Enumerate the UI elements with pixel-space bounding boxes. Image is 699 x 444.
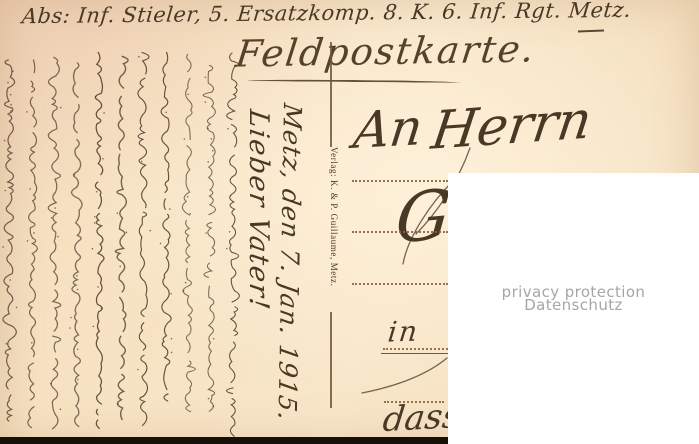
address-dotted-line-3 — [352, 283, 448, 285]
privacy-overlay-text: privacy protection Datenschutz — [448, 286, 699, 312]
postcard-scan: Abs: Inf. Stieler, 5. Ersatzkomp. 8. K. … — [0, 0, 699, 444]
address-in: in — [386, 314, 420, 348]
address-an: An — [350, 98, 425, 160]
date-line: Metz, den 7. Jan. 1915. — [272, 101, 307, 444]
publisher-imprint: Verlag: K. & P. Guillaume, Metz. — [327, 147, 339, 317]
postcard-title: Feldpostkarte. — [233, 27, 538, 75]
address-solid-line — [381, 353, 448, 354]
address-dotted-line-2 — [352, 231, 448, 233]
divider-line-top — [330, 42, 332, 147]
scan-edge-bar — [0, 437, 449, 444]
address-herrn: Herrn — [428, 90, 595, 162]
recipient-initial: G — [393, 175, 454, 260]
salutation: Lieber Vater! — [243, 108, 274, 342]
address-dotted-line-4 — [383, 348, 448, 350]
address-dotted-line-1 — [352, 180, 448, 182]
privacy-overlay-box: privacy protection Datenschutz — [448, 173, 699, 444]
privacy-line-2: Datenschutz — [448, 299, 699, 312]
address-dotted-line-5 — [384, 401, 444, 403]
divider-line-bottom — [330, 312, 332, 408]
